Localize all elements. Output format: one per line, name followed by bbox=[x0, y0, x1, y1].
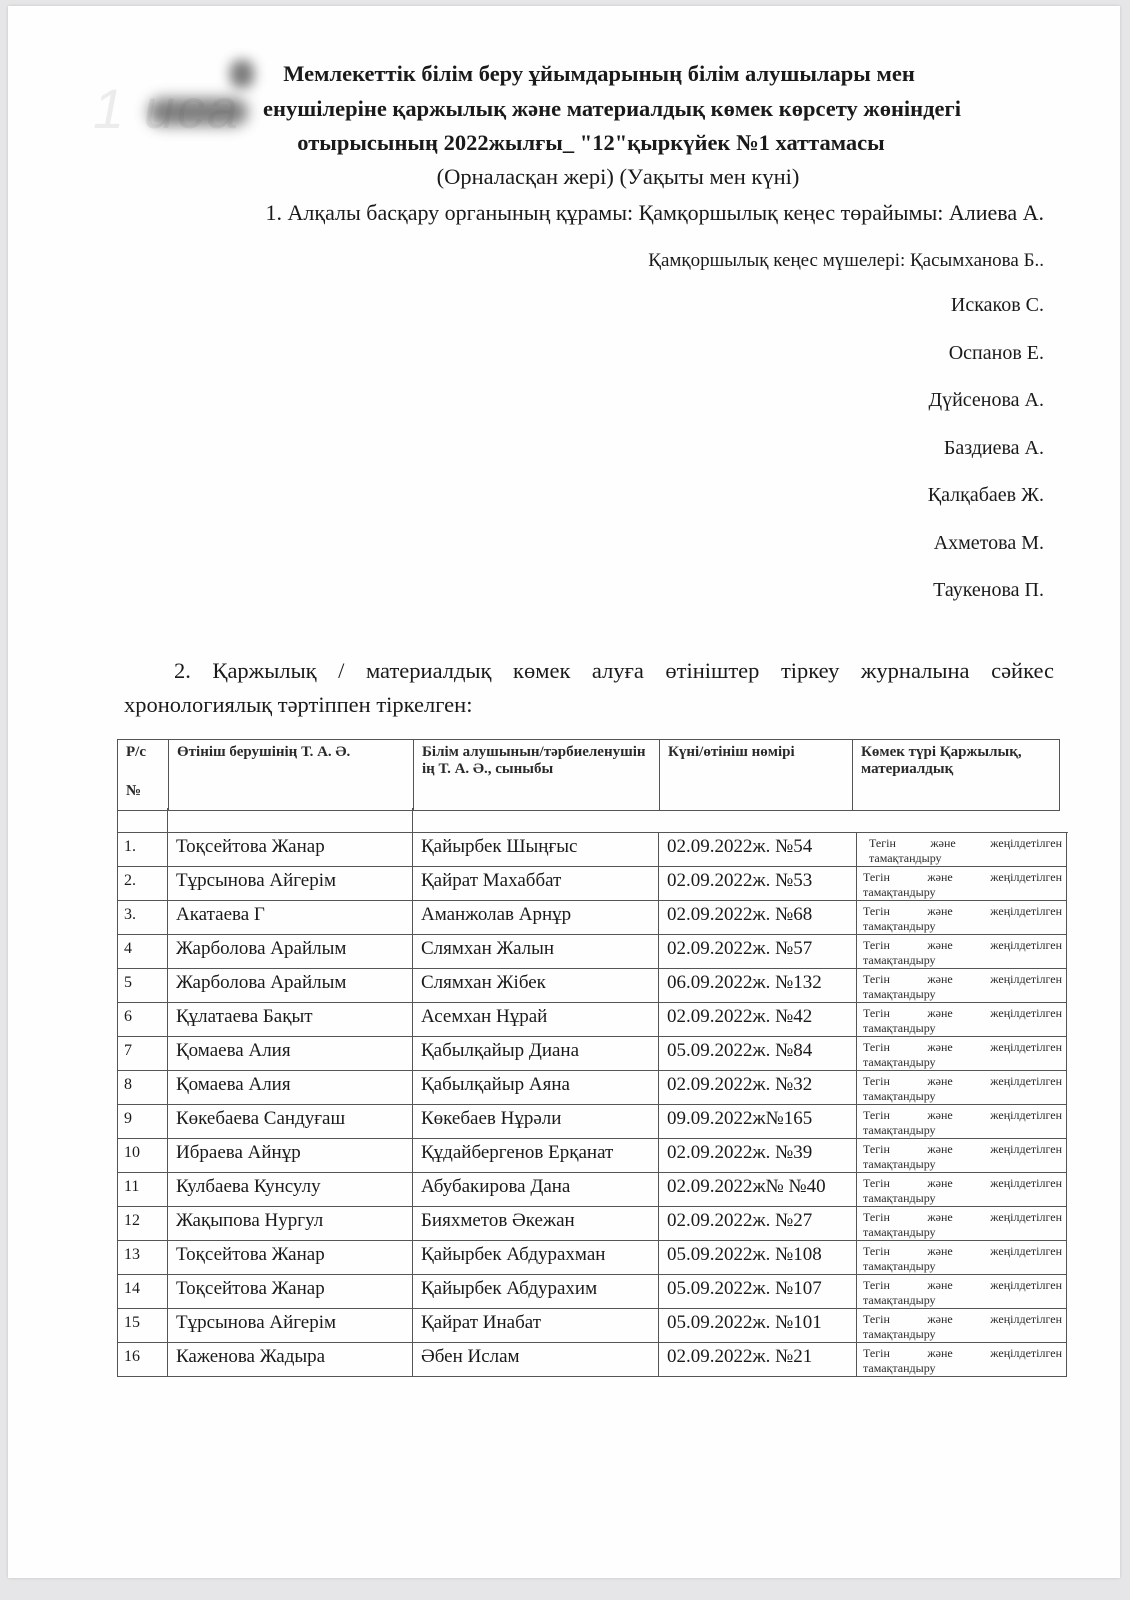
help-type: Тегін және жеңілдетілген тамақтандыру bbox=[857, 1003, 1067, 1037]
student-name: Құдайбергенов Ерқанат bbox=[413, 1139, 659, 1173]
board-member: Қалқабаев Ж. bbox=[928, 484, 1044, 507]
row-number: 1. bbox=[118, 833, 168, 867]
board-member: Баздиева А. bbox=[944, 437, 1044, 460]
date-and-number: 02.09.2022ж. №54 bbox=[659, 833, 857, 867]
table-row: 6Құлатаева БақытАсемхан Нұрай02.09.2022ж… bbox=[118, 1003, 1067, 1037]
date-and-number: 05.09.2022ж. №84 bbox=[659, 1037, 857, 1071]
student-name: Абубакирова Дана bbox=[413, 1173, 659, 1207]
student-name: Бияхметов Әкежан bbox=[413, 1207, 659, 1241]
help-type: Тегін және жеңілдетілген тамақтандыру bbox=[857, 1275, 1067, 1309]
help-type: Тегін және жеңілдетілген тамақтандыру bbox=[857, 1071, 1067, 1105]
date-and-number: 05.09.2022ж. №108 bbox=[659, 1241, 857, 1275]
date-and-number: 02.09.2022ж. №21 bbox=[659, 1343, 857, 1377]
applicant-name: Жарболова Арайлым bbox=[168, 935, 413, 969]
student-name: Қайырбек Абдурахим bbox=[413, 1275, 659, 1309]
student-name: Асемхан Нұрай bbox=[413, 1003, 659, 1037]
help-type: Тегін және жеңілдетілген тамақтандыру bbox=[857, 1309, 1067, 1343]
section-2-registration-text: 2. Қаржылық / материалдық көмек алуға өт… bbox=[124, 654, 1054, 722]
table-row: 4Жарболова АрайлымСлямхан Жалын02.09.202… bbox=[118, 935, 1067, 969]
student-name: Әбен Ислам bbox=[413, 1343, 659, 1377]
header-num: Р/с № bbox=[118, 740, 169, 811]
table-row: 9Көкебаева СандуғашКөкебаев Нұрәли09.09.… bbox=[118, 1105, 1067, 1139]
student-name: Қабылқайыр Диана bbox=[413, 1037, 659, 1071]
date-and-number: 09.09.2022ж№165 bbox=[659, 1105, 857, 1139]
applicant-name: Құлатаева Бақыт bbox=[168, 1003, 413, 1037]
date-and-number: 06.09.2022ж. №132 bbox=[659, 969, 857, 1003]
board-member: Таукенова П. bbox=[933, 579, 1044, 602]
table-row: 15Тұрсынова АйгерімҚайрат Инабат05.09.20… bbox=[118, 1309, 1067, 1343]
table-row: 2.Тұрсынова АйгерімҚайрат Махаббат02.09.… bbox=[118, 867, 1067, 901]
applicant-name: Тұрсынова Айгерім bbox=[168, 1309, 413, 1343]
student-name: Слямхан Жібек bbox=[413, 969, 659, 1003]
table-row: 1.Тоқсейтова ЖанарҚайырбек Шыңғыс02.09.2… bbox=[118, 833, 1067, 867]
table-row: 3.Акатаева ГАманжолав Арнұр02.09.2022ж. … bbox=[118, 901, 1067, 935]
table-row: 5Жарболова АрайлымСлямхан Жібек06.09.202… bbox=[118, 969, 1067, 1003]
help-type: Тегін және жеңілдетілген тамақтандыру bbox=[857, 833, 1067, 867]
applications-table: 1.Тоқсейтова ЖанарҚайырбек Шыңғыс02.09.2… bbox=[117, 832, 1067, 1377]
header-help-type: Көмек түрі Қаржылық, материалдық bbox=[853, 740, 1060, 811]
date-and-number: 05.09.2022ж. №107 bbox=[659, 1275, 857, 1309]
table-row: 11Кулбаева КунсулуАбубакирова Дана02.09.… bbox=[118, 1173, 1067, 1207]
header-date-number: Күні/өтініш нөмірі bbox=[660, 740, 853, 811]
board-member: Ахметова М. bbox=[934, 532, 1044, 555]
board-member: Оспанов Е. bbox=[949, 342, 1044, 365]
help-type: Тегін және жеңілдетілген тамақтандыру bbox=[857, 935, 1067, 969]
row-number: 10 bbox=[118, 1139, 168, 1173]
help-type: Тегін және жеңілдетілген тамақтандыру bbox=[857, 1207, 1067, 1241]
applicant-name: Тоқсейтова Жанар bbox=[168, 1275, 413, 1309]
help-type: Тегін және жеңілдетілген тамақтандыру bbox=[857, 1241, 1067, 1275]
student-name: Көкебаев Нұрәли bbox=[413, 1105, 659, 1139]
table-row: 8Қомаева АлияҚабылқайыр Аяна02.09.2022ж.… bbox=[118, 1071, 1067, 1105]
title-line-2: енушілеріне қаржылық және материалдық кө… bbox=[8, 96, 1120, 122]
applicant-name: Акатаева Г bbox=[168, 901, 413, 935]
board-members-label: Қамқоршылық кеңес мүшелері: Қасымханова … bbox=[648, 250, 1044, 272]
applicant-name: Тоқсейтова Жанар bbox=[168, 833, 413, 867]
board-member: Дүйсенова А. bbox=[928, 389, 1044, 412]
table-row: 10Ибраева АйнұрҚұдайбергенов Ерқанат02.0… bbox=[118, 1139, 1067, 1173]
row-number: 4 bbox=[118, 935, 168, 969]
applicant-name: Кулбаева Кунсулу bbox=[168, 1173, 413, 1207]
board-member: Искаков С. bbox=[951, 294, 1044, 317]
student-name: Аманжолав Арнұр bbox=[413, 901, 659, 935]
help-type: Тегін және жеңілдетілген тамақтандыру bbox=[857, 1173, 1067, 1207]
row-number: 15 bbox=[118, 1309, 168, 1343]
applicant-name: Каженова Жадыра bbox=[168, 1343, 413, 1377]
table-header: Р/с № Өтініш берушінің Т. А. Ә. Білім ал… bbox=[117, 739, 1060, 811]
applicant-name: Тұрсынова Айгерім bbox=[168, 867, 413, 901]
student-name: Қайырбек Шыңғыс bbox=[413, 833, 659, 867]
row-number: 8 bbox=[118, 1071, 168, 1105]
section-1-board-composition: 1. Алқалы басқару органының құрамы: Қамқ… bbox=[266, 200, 1044, 226]
row-number: 2. bbox=[118, 867, 168, 901]
row-number: 3. bbox=[118, 901, 168, 935]
date-and-number: 02.09.2022ж. №53 bbox=[659, 867, 857, 901]
row-number: 11 bbox=[118, 1173, 168, 1207]
help-type: Тегін және жеңілдетілген тамақтандыру bbox=[857, 1139, 1067, 1173]
date-and-number: 05.09.2022ж. №101 bbox=[659, 1309, 857, 1343]
table-row: 13Тоқсейтова ЖанарҚайырбек Абдурахман05.… bbox=[118, 1241, 1067, 1275]
date-and-number: 02.09.2022ж. №39 bbox=[659, 1139, 857, 1173]
table-row: 16Каженова ЖадыраӘбен Ислам02.09.2022ж. … bbox=[118, 1343, 1067, 1377]
date-and-number: 02.09.2022ж. №32 bbox=[659, 1071, 857, 1105]
date-and-number: 02.09.2022ж№ №40 bbox=[659, 1173, 857, 1207]
help-type: Тегін және жеңілдетілген тамақтандыру bbox=[857, 1037, 1067, 1071]
student-name: Слямхан Жалын bbox=[413, 935, 659, 969]
date-and-number: 02.09.2022ж. №42 bbox=[659, 1003, 857, 1037]
applicant-name: Қомаева Алия bbox=[168, 1037, 413, 1071]
student-name: Қайрат Инабат bbox=[413, 1309, 659, 1343]
applicant-name: Жақыпова Нургул bbox=[168, 1207, 413, 1241]
row-number: 7 bbox=[118, 1037, 168, 1071]
help-type: Тегін және жеңілдетілген тамақтандыру bbox=[857, 969, 1067, 1003]
subtitle: (Орналасқан жері) (Уақыты мен күні) bbox=[8, 164, 1120, 190]
row-number: 13 bbox=[118, 1241, 168, 1275]
title-line-3: отырысының 2022жылғы_ "12"қыркүйек №1 ха… bbox=[8, 130, 1120, 156]
header-applicant: Өтініш берушінің Т. А. Ә. bbox=[169, 740, 414, 811]
student-name: Қабылқайыр Аяна bbox=[413, 1071, 659, 1105]
date-and-number: 02.09.2022ж. №27 bbox=[659, 1207, 857, 1241]
row-number: 6 bbox=[118, 1003, 168, 1037]
document-page: 1 иса Мемлекеттік білім беру ұйымдарының… bbox=[8, 6, 1120, 1578]
student-name: Қайырбек Абдурахман bbox=[413, 1241, 659, 1275]
help-type: Тегін және жеңілдетілген тамақтандыру bbox=[857, 1343, 1067, 1377]
table-spacer-row bbox=[117, 808, 1067, 832]
applicant-name: Ибраева Айнұр bbox=[168, 1139, 413, 1173]
help-type: Тегін және жеңілдетілген тамақтандыру bbox=[857, 1105, 1067, 1139]
table-row: 12Жақыпова НургулБияхметов Әкежан02.09.2… bbox=[118, 1207, 1067, 1241]
help-type: Тегін және жеңілдетілген тамақтандыру bbox=[857, 901, 1067, 935]
row-number: 9 bbox=[118, 1105, 168, 1139]
row-number: 12 bbox=[118, 1207, 168, 1241]
row-number: 14 bbox=[118, 1275, 168, 1309]
applicant-name: Көкебаева Сандуғаш bbox=[168, 1105, 413, 1139]
title-line-1: Мемлекеттік білім беру ұйымдарының білім… bbox=[8, 61, 1120, 87]
student-name: Қайрат Махаббат bbox=[413, 867, 659, 901]
table-row: 14Тоқсейтова ЖанарҚайырбек Абдурахим05.0… bbox=[118, 1275, 1067, 1309]
date-and-number: 02.09.2022ж. №57 bbox=[659, 935, 857, 969]
date-and-number: 02.09.2022ж. №68 bbox=[659, 901, 857, 935]
row-number: 5 bbox=[118, 969, 168, 1003]
applicant-name: Қомаева Алия bbox=[168, 1071, 413, 1105]
help-type: Тегін және жеңілдетілген тамақтандыру bbox=[857, 867, 1067, 901]
applicant-name: Тоқсейтова Жанар bbox=[168, 1241, 413, 1275]
header-student: Білім алушынын/тәрбиеленушін ің Т. А. Ә.… bbox=[414, 740, 660, 811]
table-row: 7Қомаева АлияҚабылқайыр Диана05.09.2022ж… bbox=[118, 1037, 1067, 1071]
row-number: 16 bbox=[118, 1343, 168, 1377]
applicant-name: Жарболова Арайлым bbox=[168, 969, 413, 1003]
